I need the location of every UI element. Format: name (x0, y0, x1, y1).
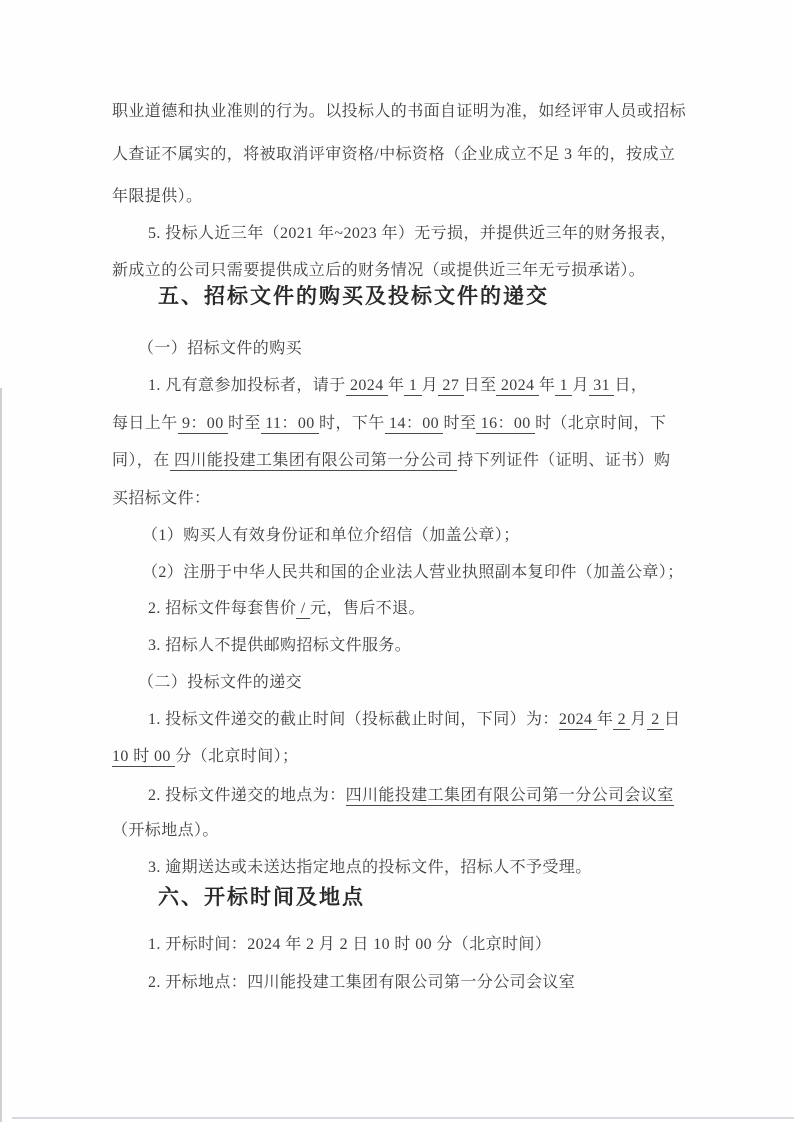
underlined-text: 四川能投建工集团有限公司第一分公司 (170, 452, 458, 471)
item-3: 3. 逾期送达或未送达指定地点的投标文件，招标人不予受理。 (148, 856, 592, 880)
scan-bottom-edge-artifact (12, 1117, 794, 1119)
text-segment: 同），在 (112, 452, 170, 469)
text-segment: 分（北京时间）； (175, 748, 298, 765)
text-segment: 3. 逾期送达或未送达指定地点的投标文件，招标人不予受理。 (148, 859, 592, 876)
text-segment: 3. 招标人不提供邮购招标文件服务。 (148, 637, 411, 654)
underlined-text: 27 (438, 377, 464, 396)
underlined-text: 14：00 (385, 415, 444, 434)
text-segment: 时，下午 (319, 415, 385, 432)
text-segment: 时（北京时间，下 (535, 415, 666, 432)
text-segment: 持下列证件（证明、证书）购 (457, 452, 670, 469)
text-segment: 买招标文件： (112, 490, 210, 507)
text-segment: 1. 投标文件递交的截止时间（投标截止时间，下同）为： (148, 711, 559, 728)
text-segment: 日 (664, 711, 680, 728)
subsection-2-title: （二）投标文件的递交 (138, 671, 302, 695)
underlined-text: 2 (613, 711, 630, 730)
underlined-text: 16：00 (476, 415, 535, 434)
body-line: 同），在 四川能投建工集团有限公司第一分公司 持下列证件（证明、证书）购 (112, 449, 670, 473)
text-segment: 1. 凡有意参加投标者，请于 (148, 377, 346, 394)
underlined-text: / (296, 600, 310, 619)
text-segment: 元，售后不退。 (310, 600, 425, 617)
body-line: 职业道德和执业准则的行为。以投标人的书面自证明为准，如经评审人员或招标 (112, 100, 686, 124)
body-line: 年限提供）。 (112, 185, 202, 209)
scan-left-edge-artifact (0, 388, 2, 1122)
text-segment: 六、开标时间及地点 (158, 885, 365, 909)
body-line: （开标地点）。 (112, 819, 219, 843)
item-paren-2: （2）注册于中华人民共和国的企业法人营业执照副本复印件（加盖公章）； (142, 561, 684, 585)
body-line: 人查证不属实的，将被取消评审资格/中标资格（企业成立不足 3 年的，按成立 (112, 143, 675, 167)
item-1: 1. 凡有意参加投标者，请于 2024 年 1 月 27 日至 2024 年 1… (148, 374, 647, 398)
text-segment: 年 (597, 711, 613, 728)
text-segment: 日， (614, 377, 647, 394)
item-5: 5. 投标人近三年（2021 年~2023 年）无亏损，并提供近三年的财务报表， (148, 222, 677, 246)
underlined-text: 31 (589, 377, 615, 396)
underlined-text: 11：00 (261, 415, 319, 434)
text-segment: （开标地点）。 (112, 822, 219, 839)
text-segment: 时至 (443, 415, 476, 432)
item-1: 1. 投标文件递交的截止时间（投标截止时间，下同）为：2024 年 2 月 2 … (148, 708, 680, 732)
text-segment: 职业道德和执业准则的行为。以投标人的书面自证明为准，如经评审人员或招标 (112, 103, 686, 120)
text-segment: 年 (539, 377, 555, 394)
document-text-block: 职业道德和执业准则的行为。以投标人的书面自证明为准，如经评审人员或招标人查证不属… (112, 0, 712, 1122)
section-heading-6: 六、开标时间及地点 (158, 882, 365, 912)
text-segment: 新成立的公司只需要提供成立后的财务情况（或提供近三年无亏损承诺）。 (112, 262, 645, 279)
text-segment: 年 (388, 377, 404, 394)
item-2: 2. 招标文件每套售价 / 元，售后不退。 (148, 597, 425, 621)
underlined-text: 四川能投建工集团有限公司第一分公司会议室 (346, 787, 674, 806)
item-2: 2. 投标文件递交的地点为：四川能投建工集团有限公司第一分公司会议室 (148, 784, 674, 808)
document-page: 职业道德和执业准则的行为。以投标人的书面自证明为准，如经评审人员或招标人查证不属… (0, 0, 794, 1122)
underlined-text: 1 (404, 377, 421, 396)
text-segment: 2. 招标文件每套售价 (148, 600, 296, 617)
text-segment: 月 (422, 377, 438, 394)
subsection-1-title: （一）招标文件的购买 (138, 337, 302, 361)
text-segment: 五、招标文件的购买及投标文件的递交 (158, 284, 549, 308)
text-segment: 5. 投标人近三年（2021 年~2023 年）无亏损，并提供近三年的财务报表， (148, 225, 677, 242)
text-segment: （一）招标文件的购买 (138, 340, 302, 357)
section-heading-5: 五、招标文件的购买及投标文件的递交 (158, 281, 549, 311)
text-segment: （二）投标文件的递交 (138, 674, 302, 691)
underlined-text: 10 时 00 (112, 748, 175, 767)
text-segment: 人查证不属实的，将被取消评审资格/中标资格（企业成立不足 3 年的，按成立 (112, 146, 675, 163)
text-segment: 时至 (228, 415, 261, 432)
item-2: 2. 开标地点：四川能投建工集团有限公司第一分公司会议室 (148, 971, 575, 995)
underlined-text: 2024 (559, 711, 597, 730)
text-segment: 2. 开标地点：四川能投建工集团有限公司第一分公司会议室 (148, 974, 575, 991)
underlined-text: 1 (555, 377, 572, 396)
item-3: 3. 招标人不提供邮购招标文件服务。 (148, 634, 411, 658)
text-segment: 月 (630, 711, 646, 728)
body-line: 买招标文件： (112, 487, 210, 511)
body-line: 新成立的公司只需要提供成立后的财务情况（或提供近三年无亏损承诺）。 (112, 259, 645, 283)
underlined-text: 2024 (496, 377, 538, 396)
text-segment: （1）购买人有效身份证和单位介绍信（加盖公章）； (142, 527, 520, 544)
text-segment: 年限提供）。 (112, 188, 202, 205)
text-segment: 1. 开标时间：2024 年 2 月 2 日 10 时 00 分（北京时间） (148, 936, 551, 953)
underlined-text: 2 (647, 711, 664, 730)
underlined-text: 9：00 (178, 415, 228, 434)
item-paren-1: （1）购买人有效身份证和单位介绍信（加盖公章）； (142, 524, 520, 548)
text-segment: 月 (572, 377, 588, 394)
text-segment: （2）注册于中华人民共和国的企业法人营业执照副本复印件（加盖公章）； (142, 564, 684, 581)
item-1: 1. 开标时间：2024 年 2 月 2 日 10 时 00 分（北京时间） (148, 933, 551, 957)
body-line: 10 时 00 分（北京时间）； (112, 745, 298, 769)
underlined-text: 2024 (346, 377, 388, 396)
body-line: 每日上午 9：00 时至 11：00 时，下午 14：00 时至 16：00 时… (112, 412, 666, 436)
text-segment: 2. 投标文件递交的地点为： (148, 787, 346, 804)
text-segment: 日至 (464, 377, 497, 394)
text-segment: 每日上午 (112, 415, 178, 432)
